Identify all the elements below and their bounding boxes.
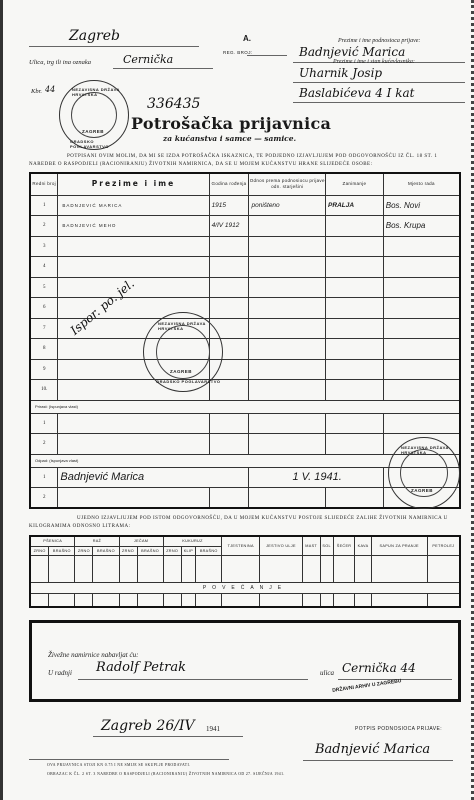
increase-values-row — [30, 593, 460, 607]
supply-street-label: ulica — [320, 669, 334, 677]
col-header-workplace: Mjesto rada — [383, 173, 460, 195]
signature-label: Potpis podnosioca prijave: — [355, 726, 442, 732]
stock-paragraph: Ujedno izjavljujem pod istom odgovornošć… — [29, 515, 461, 531]
person-name: BADNJEVIĆ MARICA — [58, 195, 209, 216]
form-subtitle: za kućanstva i samce — samice. — [163, 134, 296, 143]
stock-table: PŠENICA RAŽ JEČAM KUKURUZ TJESTENINA JES… — [29, 535, 461, 608]
col-header-name: Prezime i ime — [58, 173, 209, 195]
col-header-number: Redni broj — [30, 173, 58, 195]
city-value: Zagreb — [69, 28, 120, 44]
increase-label: POVEĆANJE — [30, 582, 460, 593]
municipal-seal-middle: NEZAVISNA DRŽAVA HRVATSKA ZAGREB GRADSKO… — [143, 312, 223, 392]
house-number-value: 44 — [45, 85, 55, 94]
form-letter: A. — [243, 34, 251, 43]
col-header-relation: Odnos prema podnosiocu prijave odn. star… — [249, 173, 326, 195]
archive-stamp: DRŽAVNI ARHIV U ZAGREBU — [332, 678, 402, 694]
supply-street-value: Cernička 44 — [342, 661, 416, 675]
person-name: BADNJEVIĆ MEHO — [58, 216, 209, 237]
municipal-seal-top: NEZAVISNA DRŽAVA HRVATSKA ZAGREB GRADSKO… — [59, 80, 129, 150]
shop-value: Radolf Petrak — [96, 660, 186, 675]
street-label: Ulica, trg ili ina oznaka — [29, 59, 91, 66]
landlord-line-2 — [293, 102, 465, 103]
group-header: RAŽ — [75, 536, 119, 546]
group-header: JEČAM — [119, 536, 163, 546]
table-row: 5 — [30, 277, 460, 298]
ration-application-form: Zagreb Ulica, trg ili ina oznaka Cerničk… — [0, 0, 474, 800]
supply-intro: Živežne namirnice nabavljat ću: — [48, 651, 138, 659]
shop-label: U radnji — [48, 669, 72, 677]
applicant-value: Badnjević Marica — [299, 45, 405, 59]
footnote-price: Ova prijavnica stoji kn 0.75 i ne smije … — [47, 763, 190, 767]
table-row: 4 — [30, 257, 460, 278]
intro-paragraph: Potpisani ovim molim, da mi se izda potr… — [29, 153, 461, 169]
prirast-section: Prirast: (Ispunjava vlast) — [30, 400, 460, 413]
group-header: KUKURUZ — [163, 536, 222, 546]
landlord-label: Prezime i ime i stan kućevlasnika: — [333, 59, 415, 65]
landlord-line-1 — [293, 82, 465, 83]
col-header-occupation: Zanimanje — [326, 173, 384, 195]
place-date: Zagreb 26/IV — [101, 718, 195, 734]
municipal-seal-right: NEZAVISNA DRŽAVA HRVATSKA ZAGREB — [388, 437, 460, 509]
table-row: 9 — [30, 359, 460, 380]
street-value: Cernička — [123, 53, 173, 66]
footnote-form-ref: Obrazac k čl. 2 st. 3 naredbe o raspodje… — [47, 772, 285, 776]
landlord-name: Uharnik Josip — [299, 66, 382, 80]
serial-number: 336435 — [147, 96, 200, 112]
house-number-label: Kbr. — [31, 88, 42, 95]
landlord-address: Baslabićeva 4 I kat — [299, 86, 414, 100]
stock-values-row — [30, 555, 460, 582]
reg-number-line — [247, 55, 287, 56]
group-header: PŠENICA — [30, 536, 75, 546]
col-header-birth: Godina rođenja — [209, 173, 249, 195]
table-row: 8 — [30, 339, 460, 360]
table-row: 1 BADNJEVIĆ MARICA 1915 poništeno PRALJA… — [30, 195, 460, 216]
prirast-label: Prirast: (Ispunjava vlast) — [30, 400, 460, 413]
year: 1941 — [206, 725, 220, 733]
form-title: Potrošačka prijavnica — [131, 114, 331, 133]
table-row: 2 BADNJEVIĆ MEHO 4/IV 1912 Bos. Krupa — [30, 216, 460, 237]
city-line — [29, 46, 199, 47]
table-row: 3 — [30, 236, 460, 257]
street-line — [113, 68, 213, 69]
table-row: 10. — [30, 380, 460, 401]
table-row: 1 — [30, 413, 460, 434]
signature-value: Badnjević Marica — [315, 742, 430, 757]
supply-box: Živežne namirnice nabavljat ću: U radnji… — [29, 620, 461, 702]
applicant-label: Prezime i ime podnosioca prijave: — [338, 38, 420, 44]
